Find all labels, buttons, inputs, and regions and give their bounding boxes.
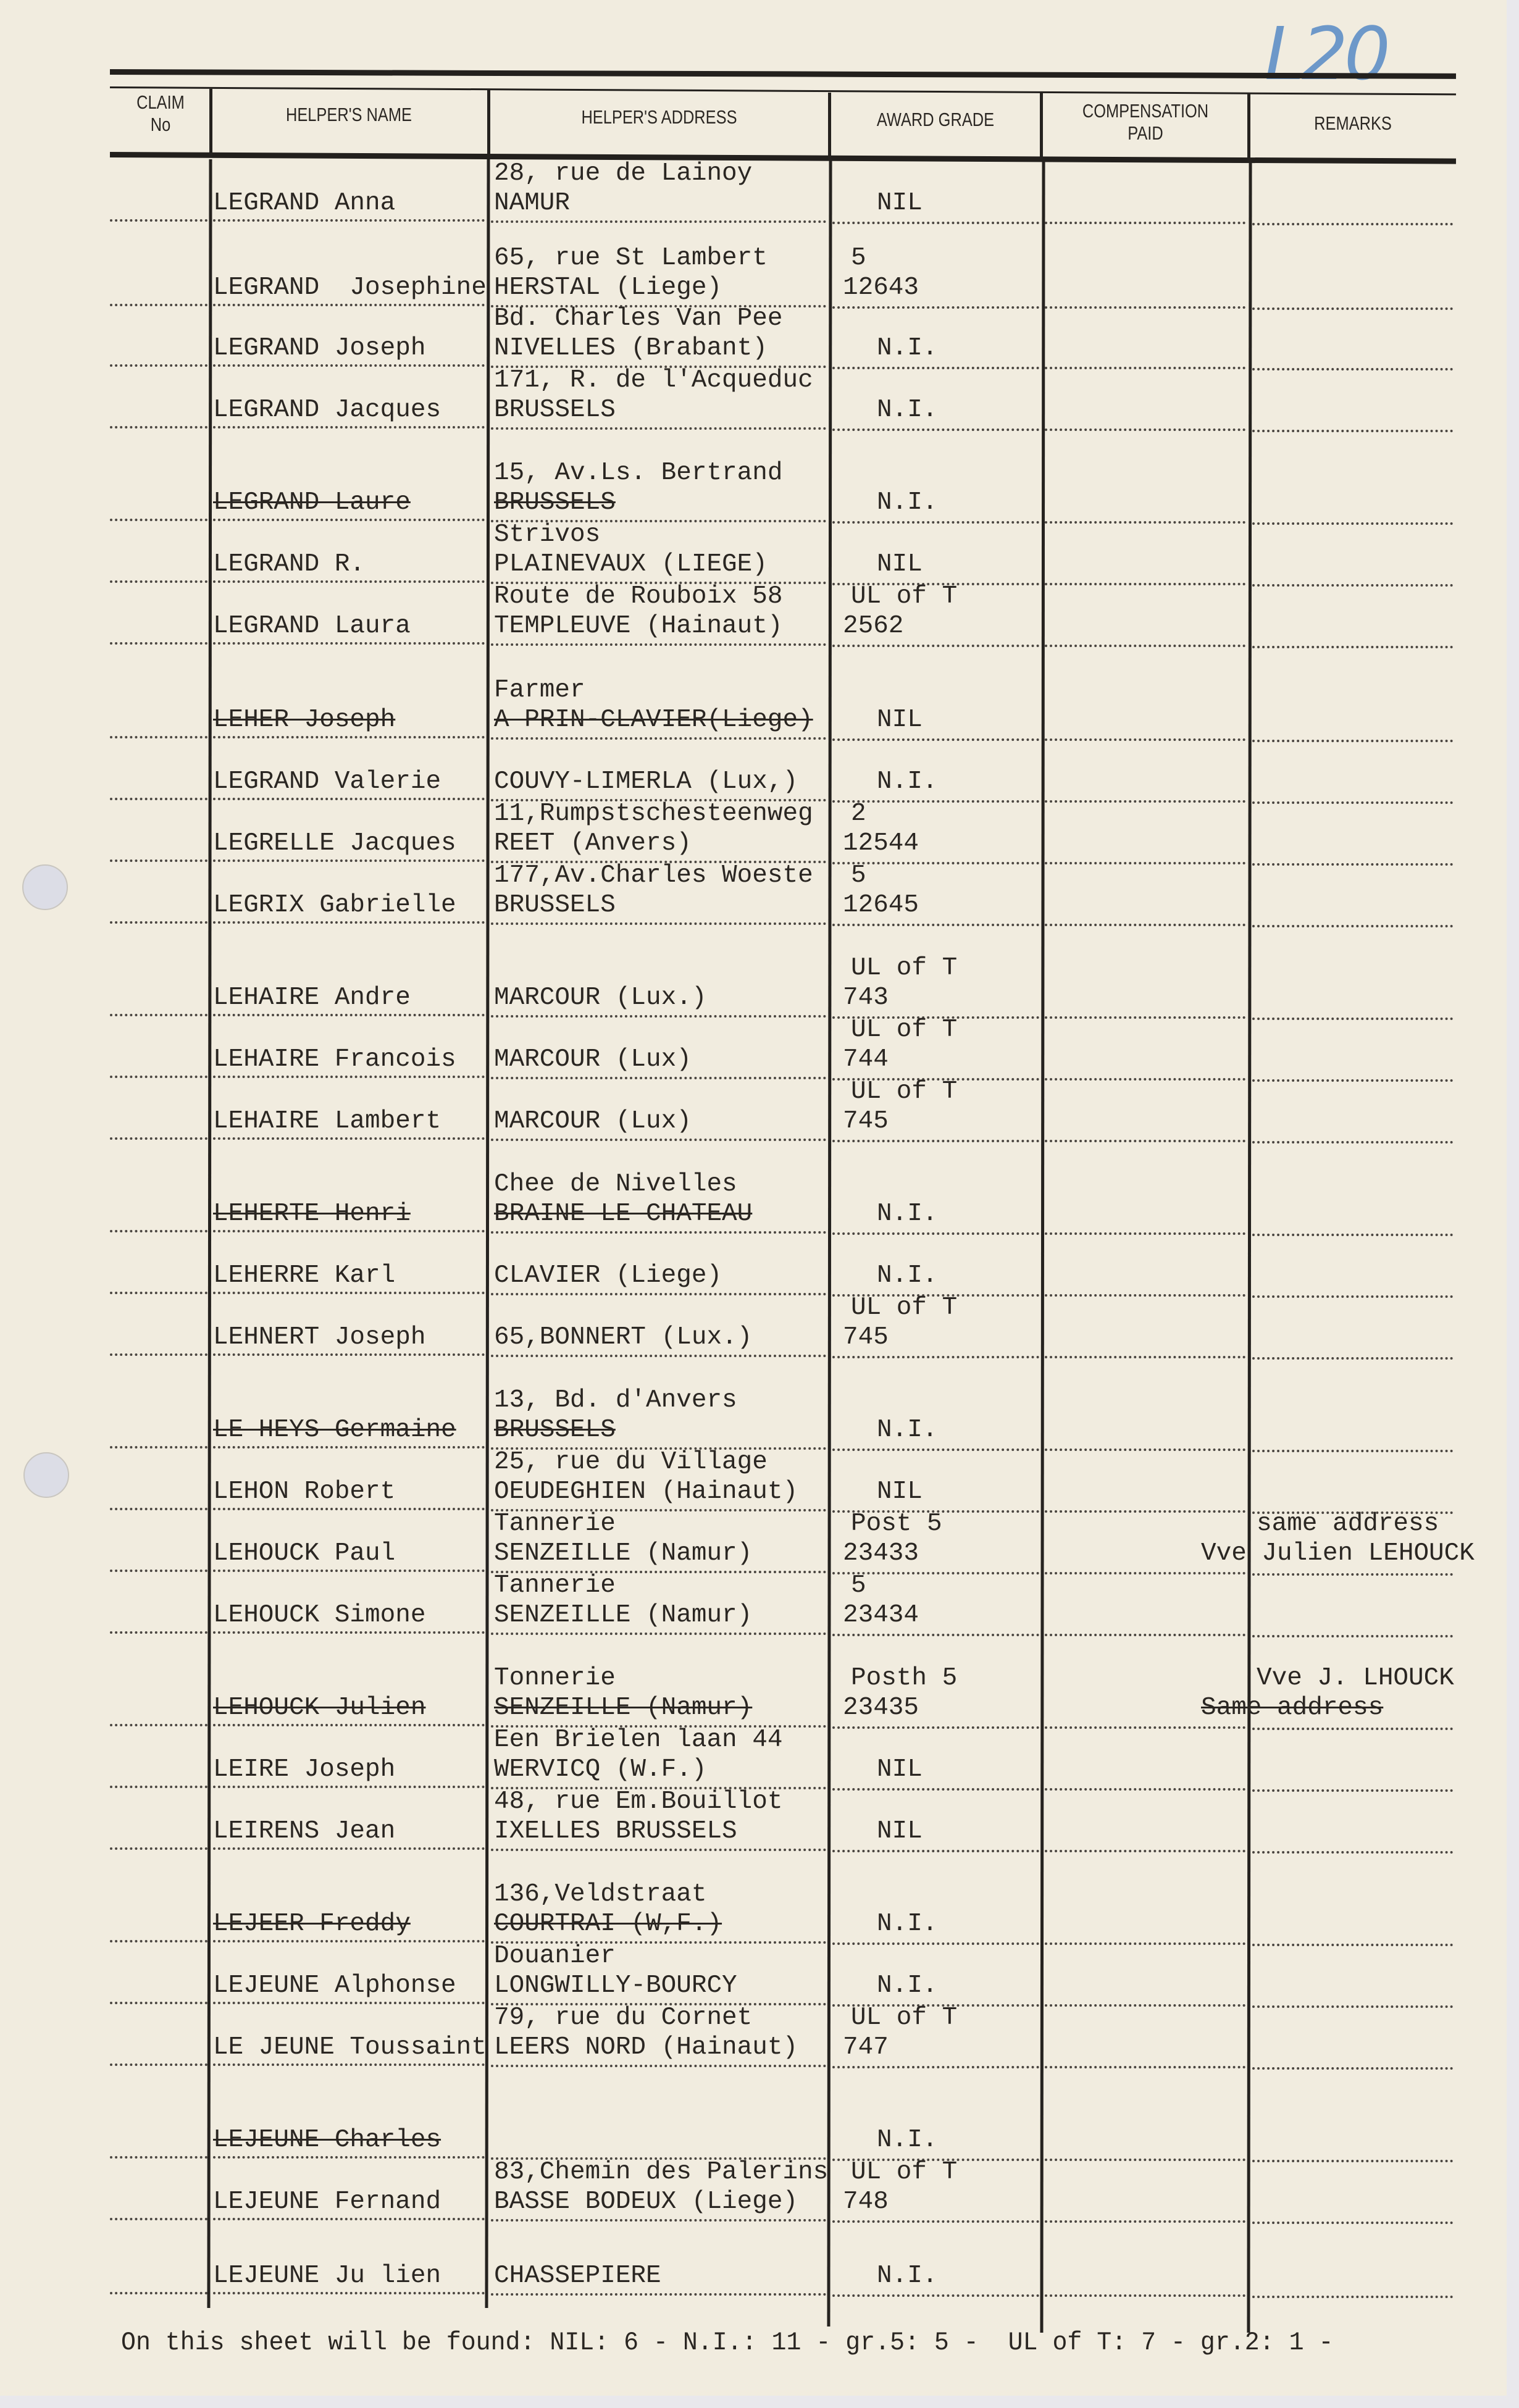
award-grade: N.I.: [877, 1199, 937, 1229]
helper-name: LEGRAND Josephine: [213, 273, 487, 303]
header-claim-label: CLAIM: [120, 91, 201, 114]
row-rule: [491, 2293, 826, 2296]
column-divider: [209, 89, 212, 157]
row-rule: [213, 519, 485, 521]
award-grade: NIL: [877, 1755, 923, 1784]
row-rule: [213, 304, 485, 306]
row-rule: [110, 859, 207, 862]
row-rule: [213, 1724, 485, 1726]
helper-name: LEHAIRE Lambert: [213, 1106, 441, 1136]
helper-name: LEHON Robert: [213, 1477, 395, 1507]
row-rule: [110, 304, 207, 306]
row-rule: [491, 737, 826, 740]
row-rule: [1252, 1573, 1453, 1576]
row-rule: [213, 1508, 485, 1510]
row-rule: [110, 1631, 207, 1634]
helper-name: LEGRAND Joseph: [213, 333, 425, 363]
award-grade: N.I.: [877, 1415, 937, 1445]
award-grade: N.I.: [877, 333, 937, 363]
helper-address-line1: 65, rue St Lambert: [494, 243, 768, 273]
row-rule: [832, 2294, 1039, 2297]
row-rule: [1045, 1942, 1245, 1945]
row-rule: [213, 2218, 485, 2220]
row-rule: [110, 519, 207, 521]
helper-address-line2: MARCOUR (Lux): [494, 1106, 692, 1136]
row-rule: [1045, 1510, 1245, 1513]
row-rule: [213, 859, 485, 862]
row-rule: [213, 219, 485, 222]
helper-address-line1: 83,Chemin des Palerins: [494, 2157, 828, 2187]
helper-address-line1: 15, Av.Ls. Bertrand: [494, 458, 782, 488]
award-grade: UL of T: [851, 1293, 957, 1323]
row-rule: [1045, 1232, 1245, 1235]
award-number: 23435: [843, 1693, 919, 1723]
remarks-line1: same address: [1257, 1509, 1439, 1539]
row-rule: [491, 1139, 826, 1141]
row-rule: [110, 1292, 207, 1294]
top-thin-rule: [110, 86, 1456, 95]
row-rule: [110, 736, 207, 738]
row-rule: [1045, 1356, 1245, 1358]
award-grade: UL of T: [851, 1077, 957, 1106]
award-number: 12643: [843, 273, 919, 303]
award-number: 748: [843, 2187, 889, 2217]
helper-name: LEHNERT Joseph: [213, 1323, 425, 1352]
row-rule: [110, 1724, 207, 1726]
row-rule: [832, 1634, 1039, 1636]
award-grade: NIL: [877, 705, 923, 735]
row-rule: [1045, 2220, 1245, 2223]
row-rule: [213, 1076, 485, 1078]
row-rule: [1045, 645, 1245, 647]
row-rule: [491, 1355, 826, 1357]
row-rule: [110, 2063, 207, 2066]
row-rule: [1252, 2160, 1453, 2162]
header-award-grade: AWARD GRADE: [850, 109, 1021, 131]
row-rule: [110, 1446, 207, 1449]
award-grade: N.I.: [877, 2261, 937, 2291]
row-rule: [110, 2156, 207, 2159]
award-number: 745: [843, 1106, 889, 1136]
award-grade: 5: [851, 861, 866, 890]
award-grade: UL of T: [851, 2157, 957, 2187]
helper-name: LEHOUCK Paul: [213, 1539, 395, 1568]
row-rule: [110, 1353, 207, 1356]
row-rule: [213, 798, 485, 800]
header-compensation-label: COMPENSATION: [1062, 100, 1229, 122]
row-rule: [832, 2220, 1039, 2223]
award-number: 23434: [843, 1600, 919, 1630]
row-rule: [1252, 1234, 1453, 1236]
row-rule: [1045, 2294, 1245, 2297]
helper-address-line1: 13, Bd. d'Anvers: [494, 1386, 737, 1415]
row-rule: [1252, 2296, 1453, 2298]
row-rule: [213, 1631, 485, 1634]
helper-address-line1: 11,Rumpstschesteenweg: [494, 799, 813, 829]
row-rule: [832, 1942, 1039, 1945]
helper-address-line1: 25, rue du Village: [494, 1447, 768, 1477]
helper-name: LEJEUNE Ju lien: [213, 2261, 441, 2291]
helper-address-line2: OEUDEGHIEN (Hainaut): [494, 1477, 798, 1507]
helper-address-line2: BRUSSELS: [494, 395, 616, 425]
helper-name: LEGRAND R.: [213, 550, 365, 579]
helper-address-line2: A PRIN-CLAVIER(Liege): [494, 705, 813, 735]
helper-address-line1: 79, rue du Cornet: [494, 2003, 752, 2033]
row-rule: [213, 1446, 485, 1449]
row-rule: [110, 580, 207, 583]
row-rule: [110, 1847, 207, 1850]
award-number: 23433: [843, 1539, 919, 1568]
row-rule: [1252, 2005, 1453, 2008]
row-rule: [1252, 1357, 1453, 1360]
award-grade: NIL: [877, 1816, 923, 1846]
row-rule: [832, 429, 1039, 431]
row-rule: [110, 921, 207, 924]
helper-address-line2: 65,BONNERT (Lux.): [494, 1323, 752, 1352]
helper-address-line2: BRUSSELS: [494, 1415, 616, 1445]
row-rule: [1045, 521, 1245, 524]
helper-address-line2: IXELLES BRUSSELS: [494, 1816, 737, 1846]
row-rule: [213, 1940, 485, 1942]
row-rule: [491, 2065, 826, 2067]
award-grade: 5: [851, 1571, 866, 1600]
row-rule: [1252, 801, 1453, 804]
row-rule: [1252, 863, 1453, 866]
helper-name: LEIRENS Jean: [213, 1816, 395, 1846]
row-rule: [491, 1849, 826, 1851]
award-grade: N.I.: [877, 767, 937, 796]
award-grade: Post 5: [851, 1509, 942, 1539]
helper-name: LEHOUCK Julien: [213, 1693, 425, 1723]
header-bottom-rule: [110, 152, 1456, 164]
row-rule: [110, 1508, 207, 1510]
helper-name: LEGRIX Gabrielle: [213, 890, 456, 920]
helper-address-line1: Douanier: [494, 1941, 616, 1971]
helper-address-line2: BRAINE LE CHATEAU: [494, 1199, 752, 1229]
helper-address-line2: SENZEILLE (Namur): [494, 1539, 752, 1568]
row-rule: [110, 1137, 207, 1140]
helper-name: LEGRAND Jacques: [213, 395, 441, 425]
column-divider: [1040, 93, 1043, 161]
row-rule: [110, 1014, 207, 1016]
remarks-line2: Same address: [1201, 1693, 1383, 1723]
award-grade: N.I.: [877, 1909, 937, 1939]
helper-address-line2: WERVICQ (W.F.): [494, 1755, 706, 1784]
helper-address-line1: Chee de Nivelles: [494, 1169, 737, 1199]
helper-address-line1: Tonnerie: [494, 1663, 616, 1693]
award-grade: UL of T: [851, 582, 957, 611]
helper-address-line2: COUVY-LIMERLA (Lux,): [494, 767, 798, 796]
column-divider: [1247, 159, 1252, 2333]
row-rule: [1045, 306, 1245, 309]
helper-name: LE HEYS Germaine: [213, 1415, 456, 1445]
row-rule: [1252, 1944, 1453, 1946]
award-grade: 5: [851, 243, 866, 273]
award-number: 747: [843, 2033, 889, 2062]
row-rule: [213, 426, 485, 429]
helper-name: LEHAIRE Francois: [213, 1045, 456, 1074]
header-helpers-address: HELPER'S ADDRESS: [521, 106, 797, 128]
header-claim-no: CLAIM No: [120, 91, 201, 136]
helper-address-line2: LONGWILLY-BOURCY: [494, 1971, 737, 2000]
row-rule: [832, 306, 1039, 309]
top-thick-rule: [110, 69, 1456, 79]
helper-address-line1: 171, R. de l'Acqueduc: [494, 366, 813, 395]
helper-name: LEJEUNE Alphonse: [213, 1971, 456, 2000]
row-rule: [213, 364, 485, 367]
row-rule: [1252, 223, 1453, 225]
row-rule: [1045, 367, 1245, 369]
award-number: 745: [843, 1323, 889, 1352]
award-number: 12544: [843, 829, 919, 858]
award-number: 743: [843, 983, 889, 1013]
column-divider: [828, 93, 831, 161]
column-divider: [1247, 94, 1250, 162]
row-rule: [1252, 1728, 1453, 1730]
row-rule: [1045, 1294, 1245, 1297]
row-rule: [1252, 740, 1453, 742]
row-rule: [213, 2156, 485, 2159]
helper-name: LEHAIRE Andre: [213, 983, 411, 1013]
remarks-line2: Vve Julien LEHOUCK: [1201, 1539, 1475, 1568]
row-rule: [213, 1014, 485, 1016]
row-rule: [832, 2066, 1039, 2068]
row-rule: [1045, 2004, 1245, 2007]
helper-address-line2: SENZEILLE (Namur): [494, 1600, 752, 1630]
row-rule: [110, 1076, 207, 1078]
helper-address-line2: NAMUR: [494, 188, 570, 218]
row-rule: [1045, 1016, 1245, 1019]
row-rule: [491, 1633, 826, 1635]
helper-address-line2: BASSE BODEUX (Liege): [494, 2187, 798, 2217]
row-rule: [832, 1232, 1039, 1235]
header-no-label: No: [120, 114, 201, 136]
row-rule: [1252, 2067, 1453, 2070]
row-rule: [1252, 1018, 1453, 1020]
row-rule: [1252, 2222, 1453, 2224]
row-rule: [110, 2002, 207, 2004]
row-rule: [832, 1726, 1039, 1729]
award-grade: NIL: [877, 1477, 923, 1507]
award-grade: 2: [851, 799, 866, 829]
row-rule: [832, 1788, 1039, 1791]
row-rule: [213, 580, 485, 583]
helper-address-line2: COURTRAI (W,F.): [494, 1909, 722, 1939]
row-rule: [832, 367, 1039, 369]
punch-hole: [22, 864, 68, 910]
row-rule: [1045, 1572, 1245, 1574]
row-rule: [491, 1015, 826, 1018]
row-rule: [110, 642, 207, 645]
row-rule: [491, 643, 826, 646]
helper-address-line2: BRUSSELS: [494, 488, 616, 517]
row-rule: [213, 1137, 485, 1140]
helper-address-line2: HERSTAL (Liege): [494, 273, 722, 303]
row-rule: [491, 1231, 826, 1234]
helper-address-line2: BRUSSELS: [494, 890, 616, 920]
row-rule: [213, 1292, 485, 1294]
row-rule: [1252, 1141, 1453, 1143]
helper-name: LEJEUNE Fernand: [213, 2187, 441, 2217]
row-rule: [832, 1850, 1039, 1852]
award-grade: N.I.: [877, 395, 937, 425]
row-rule: [491, 220, 826, 223]
helper-name: LEGRAND Laure: [213, 488, 411, 517]
row-rule: [1045, 222, 1245, 224]
row-rule: [213, 1570, 485, 1572]
row-rule: [1045, 1140, 1245, 1142]
row-rule: [832, 521, 1039, 524]
row-rule: [110, 798, 207, 800]
helper-address-line2: REET (Anvers): [494, 829, 692, 858]
row-rule: [213, 1847, 485, 1850]
helper-name: LEGRAND Valerie: [213, 767, 441, 796]
column-divider: [827, 159, 832, 2326]
row-rule: [110, 1230, 207, 1232]
row-rule: [1252, 646, 1453, 648]
column-divider: [1040, 159, 1045, 2333]
row-rule: [213, 642, 485, 645]
row-rule: [1252, 1635, 1453, 1637]
row-rule: [832, 924, 1039, 926]
award-grade: N.I.: [877, 1261, 937, 1290]
helper-address-line2: TEMPLEUVE (Hainaut): [494, 611, 782, 641]
row-rule: [110, 1786, 207, 1788]
award-grade: UL of T: [851, 1015, 957, 1045]
punch-hole: [23, 1452, 69, 1498]
row-rule: [832, 1449, 1039, 1451]
row-rule: [1045, 924, 1245, 926]
row-rule: [832, 738, 1039, 741]
row-rule: [110, 364, 207, 367]
helper-address-line1: Route de Rouboix 58: [494, 582, 782, 611]
row-rule: [110, 2218, 207, 2220]
row-rule: [491, 922, 826, 925]
award-grade: UL of T: [851, 2003, 957, 2033]
row-rule: [491, 427, 826, 430]
helper-address-line1: 48, rue Em.Bouillot: [494, 1787, 782, 1816]
row-rule: [213, 736, 485, 738]
row-rule: [1045, 429, 1245, 431]
award-grade: N.I.: [877, 2125, 937, 2155]
row-rule: [1045, 2159, 1245, 2161]
row-rule: [1045, 1634, 1245, 1636]
row-rule: [1252, 1295, 1453, 1298]
row-rule: [110, 426, 207, 429]
remarks-line1: Vve J. LHOUCK: [1257, 1663, 1454, 1693]
row-rule: [1252, 307, 1453, 310]
column-divider: [487, 90, 490, 158]
helper-address-line2: MARCOUR (Lux): [494, 1045, 692, 1074]
helper-name: LEGRELLE Jacques: [213, 829, 456, 858]
helper-address-line2: NIVELLES (Brabant): [494, 333, 768, 363]
row-rule: [1045, 862, 1245, 864]
helper-address-line2: CHASSEPIERE: [494, 2261, 661, 2291]
row-rule: [213, 921, 485, 924]
row-rule: [1252, 1851, 1453, 1854]
helper-address-line1: 136,Veldstraat: [494, 1879, 706, 1909]
row-rule: [110, 1570, 207, 1572]
header-compensation-paid: COMPENSATION PAID: [1062, 100, 1229, 144]
helper-address-line1: 28, rue de Lainoy: [494, 159, 752, 188]
row-rule: [1252, 1450, 1453, 1452]
document-sheet: L20 CLAIM No HELPER'S NAME HELPER'S ADDR…: [0, 0, 1507, 2396]
award-grade: UL of T: [851, 953, 957, 983]
row-rule: [1045, 1726, 1245, 1729]
helper-address-line2: SENZEILLE (Namur): [494, 1693, 752, 1723]
award-grade: N.I.: [877, 1971, 937, 2000]
row-rule: [832, 222, 1039, 224]
helper-address-line1: Tannerie: [494, 1571, 616, 1600]
award-number: 744: [843, 1045, 889, 1074]
helper-name: LEHER Joseph: [213, 705, 395, 735]
helper-name: LEJEER Freddy: [213, 1909, 411, 1939]
row-rule: [110, 1940, 207, 1942]
row-rule: [1252, 430, 1453, 432]
row-rule: [1252, 368, 1453, 370]
helper-name: LEHERTE Henri: [213, 1199, 411, 1229]
row-rule: [213, 2002, 485, 2004]
award-number: 12645: [843, 890, 919, 920]
award-grade: N.I.: [877, 488, 937, 517]
helper-address-line2: MARCOUR (Lux.): [494, 983, 706, 1013]
award-grade: NIL: [877, 550, 923, 579]
row-rule: [1045, 1788, 1245, 1791]
row-rule: [213, 1230, 485, 1232]
row-rule: [1252, 925, 1453, 927]
sheet-summary-footer: On this sheet will be found: NIL: 6 - N.…: [121, 2328, 1333, 2357]
helper-name: LEGRAND Laura: [213, 611, 411, 641]
row-rule: [1045, 2066, 1245, 2068]
row-rule: [832, 1356, 1039, 1358]
row-rule: [1252, 1789, 1453, 1792]
helper-name: LEIRE Joseph: [213, 1755, 395, 1784]
helper-address-line1: 177,Av.Charles Woeste: [494, 861, 813, 890]
helper-address-line1: Strivos: [494, 520, 600, 550]
helper-name: LE JEUNE Toussaint: [213, 2033, 487, 2062]
row-rule: [213, 2292, 485, 2294]
row-rule: [213, 2063, 485, 2066]
row-rule: [1045, 1078, 1245, 1081]
column-divider: [485, 159, 490, 2308]
helper-name: LEHOUCK Simone: [213, 1600, 425, 1630]
row-rule: [1045, 738, 1245, 741]
row-rule: [213, 1786, 485, 1788]
helper-address-line1: Een Brielen laan 44: [494, 1725, 782, 1755]
row-rule: [110, 219, 207, 222]
row-rule: [110, 2292, 207, 2294]
helper-name: LEJEUNE Charles: [213, 2125, 441, 2155]
helper-address-line2: LEERS NORD (Hainaut): [494, 2033, 798, 2062]
row-rule: [1252, 522, 1453, 525]
column-divider: [207, 159, 212, 2308]
row-rule: [1045, 1850, 1245, 1852]
award-grade: NIL: [877, 188, 923, 218]
header-remarks: REMARKS: [1270, 112, 1437, 135]
row-rule: [491, 2219, 826, 2222]
award-number: 2562: [843, 611, 903, 641]
header-paid-label: PAID: [1062, 122, 1229, 144]
row-rule: [1252, 584, 1453, 587]
row-rule: [832, 1140, 1039, 1142]
helper-address-line1: Farmer: [494, 675, 585, 705]
award-grade: Posth 5: [851, 1663, 957, 1693]
row-rule: [1045, 1449, 1245, 1451]
helper-address-line1: Bd. Charles Van Pee: [494, 304, 782, 333]
row-rule: [213, 1353, 485, 1356]
helper-address-line2: PLAINEVAUX (LIEGE): [494, 550, 768, 579]
row-rule: [1252, 1079, 1453, 1082]
